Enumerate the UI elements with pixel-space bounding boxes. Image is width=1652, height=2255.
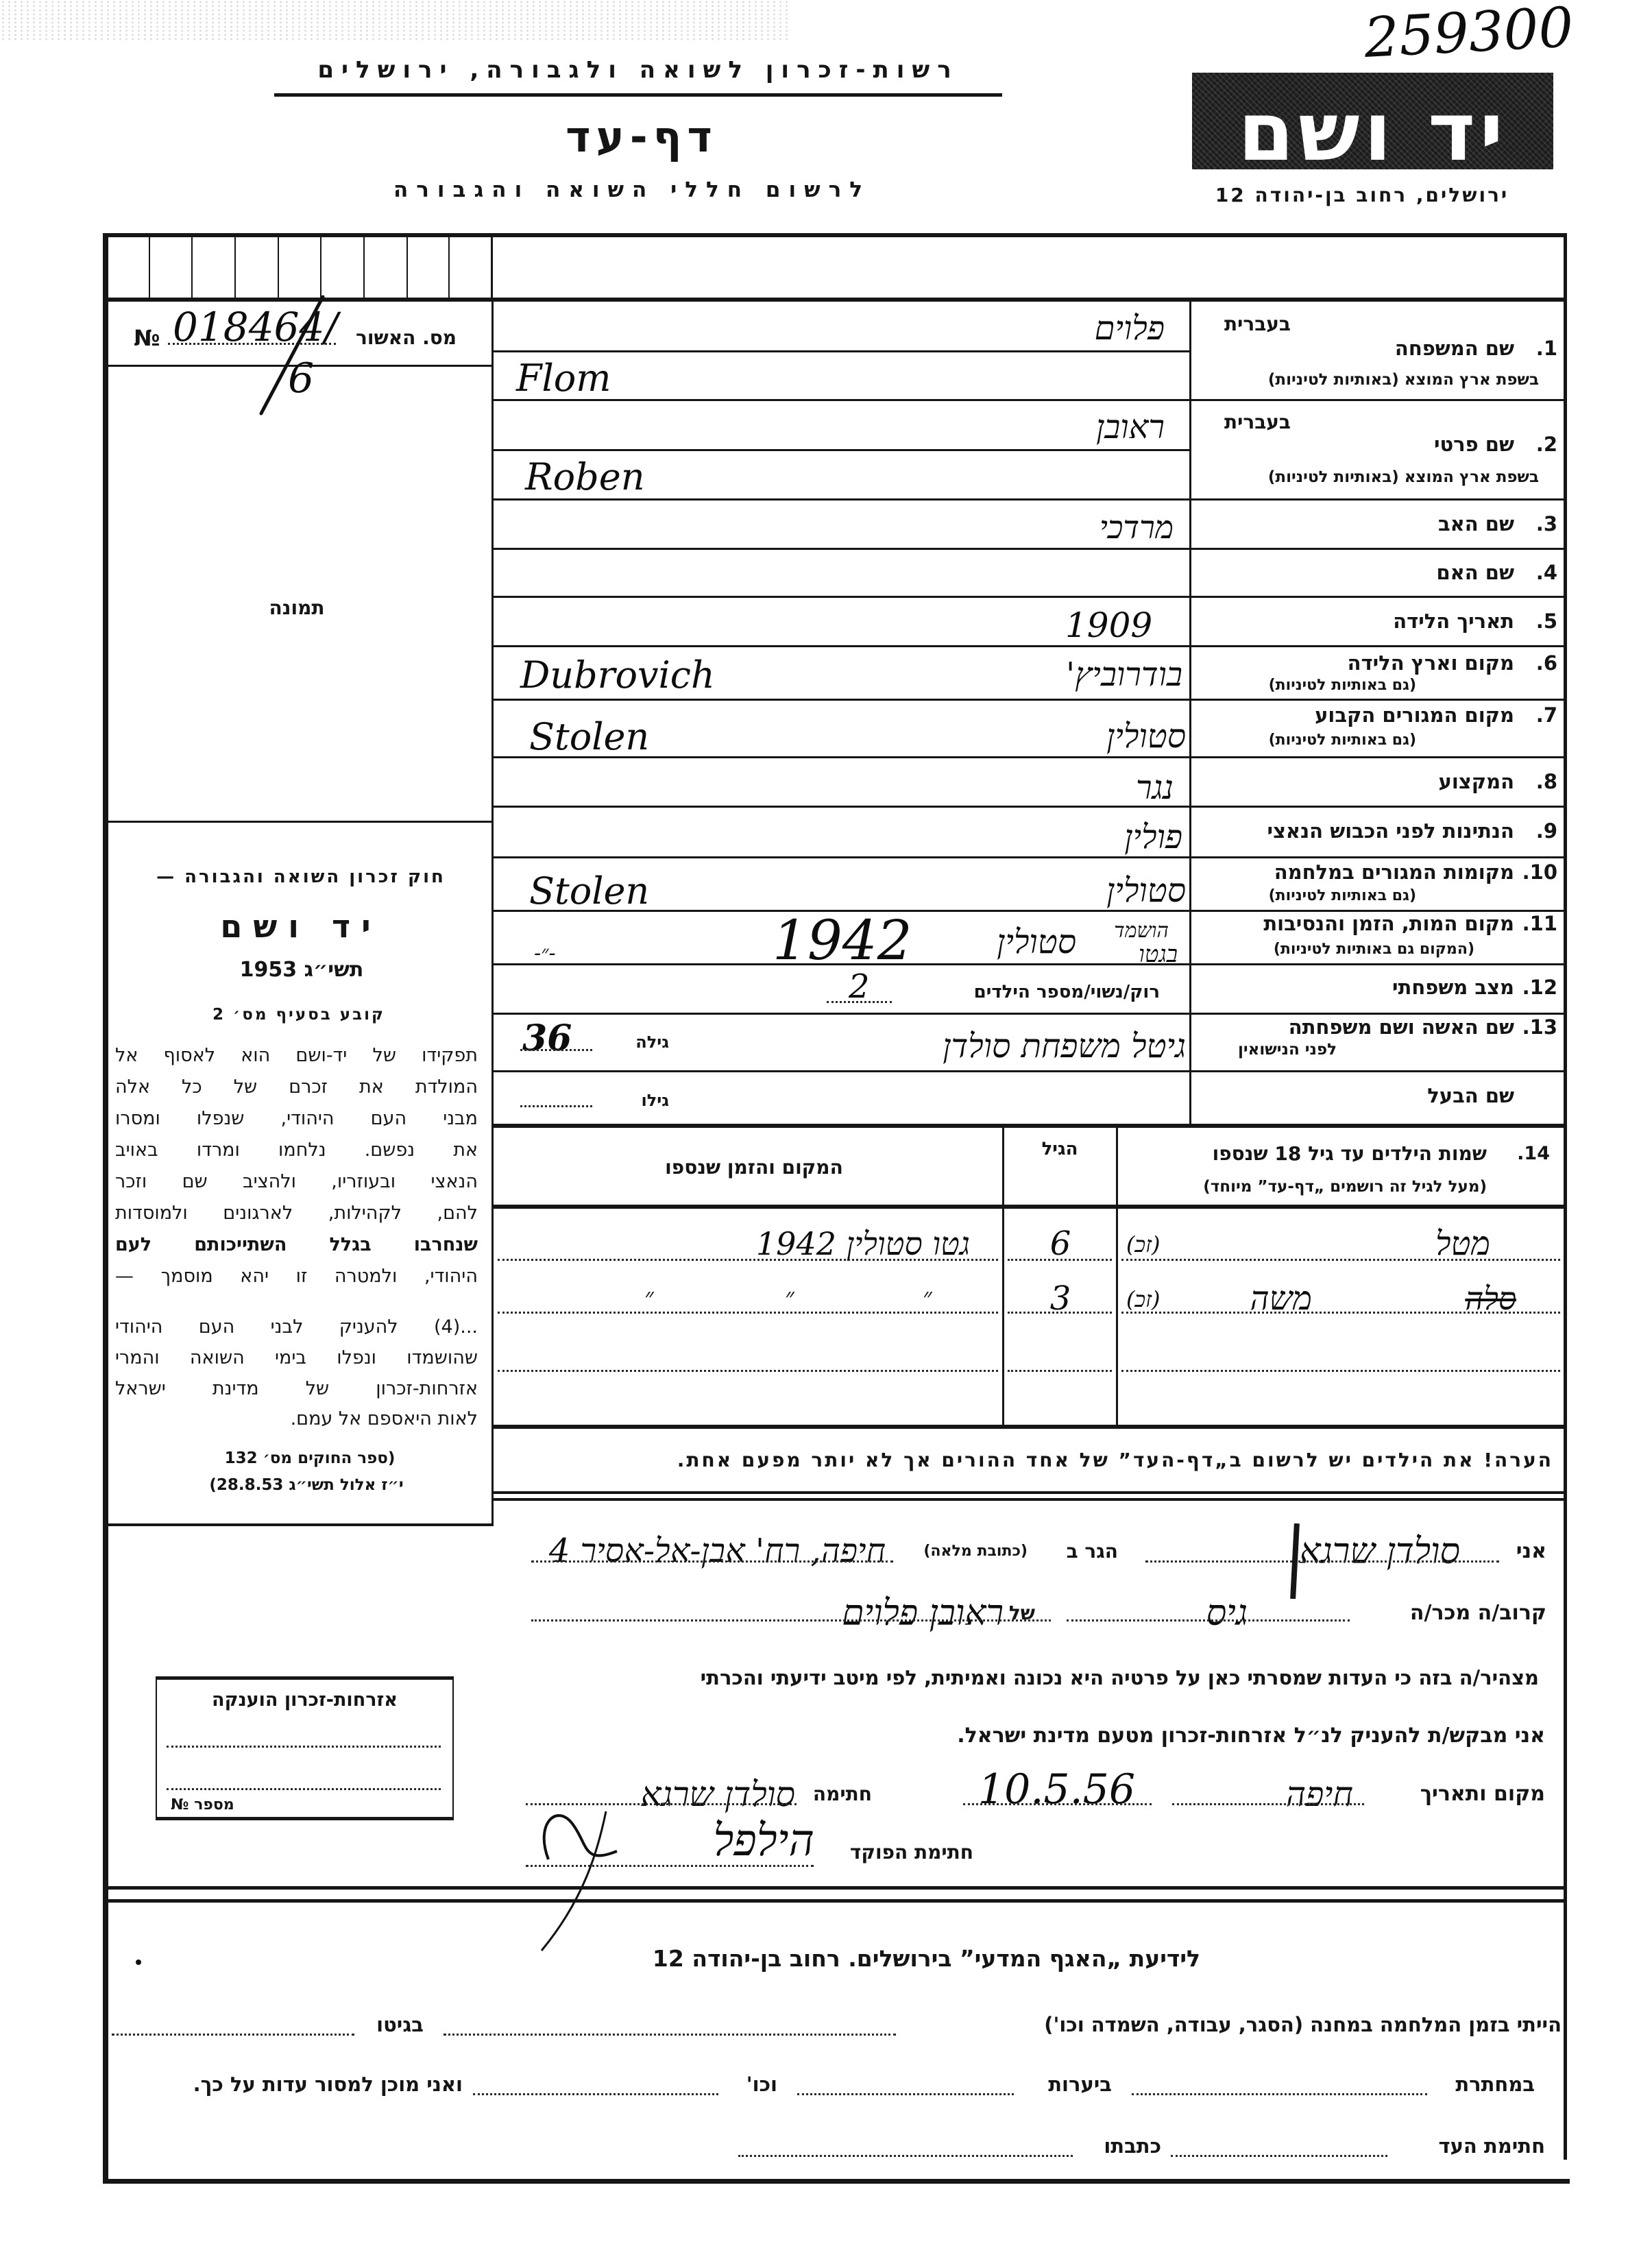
header-address: ירושלים, רחוב בן-יהודה 12: [1163, 184, 1561, 207]
field-2-number: 2.: [1536, 433, 1557, 457]
children-row-rule: [1121, 1370, 1560, 1372]
address-label: (כתובת מלאה): [923, 1543, 1028, 1560]
law-name: יד ושם: [191, 908, 411, 945]
etc-label: וכו': [746, 2073, 777, 2097]
law-text-line: המולדת את זכרם של כל אלה: [115, 1076, 478, 1098]
frame-left-border: [103, 233, 108, 2184]
underground-dotted: [1132, 2093, 1427, 2095]
first-name-latin-value: Roben: [525, 455, 644, 500]
declarant-name-dotted: [1145, 1560, 1499, 1563]
declaration-statement: מצהיר/ה בזה כי העדות שמסרתי כאן על פרטיה…: [701, 1666, 1539, 1690]
witness-signature-dotted: [1171, 2155, 1387, 2157]
officer-signature-tail: [542, 1811, 606, 1951]
birthplace-hebrew-value: בודרוביץ': [1066, 655, 1182, 695]
field-11-label: מקום המות, הזמן והנסיבות: [1263, 912, 1514, 936]
child-2-place-ditto: ״: [923, 1283, 932, 1312]
row-rule: [494, 596, 1565, 598]
death-place-prefix-value: בגטו: [1139, 941, 1178, 969]
field-2-label: שם פרטי: [1434, 433, 1514, 457]
grid-divider: [406, 237, 408, 299]
field-3-number: 3.: [1536, 512, 1557, 536]
witness-signature-label: חתימת העד: [1439, 2134, 1545, 2158]
residence-hebrew-value: סטולין: [1106, 717, 1186, 757]
grid-divider: [491, 237, 493, 299]
children-names-note: (מעל לגיל זה רושמים „דף-עד” מיוחד): [1203, 1178, 1487, 1197]
child-2-crossed-name: סלה: [1465, 1280, 1516, 1318]
row-rule: [494, 756, 1565, 758]
field-1-number: 1.: [1536, 337, 1557, 361]
law-clause: קובע בסעיף מס׳ 2: [196, 1006, 402, 1025]
section-rule-thick: [494, 1205, 1565, 1209]
death-place-value: סטולין: [997, 923, 1076, 963]
law-box-bottom-rule: [108, 1523, 494, 1526]
field-8-label: המקצוע: [1439, 770, 1514, 794]
field-2-hebrew-tag: בעברית: [1224, 411, 1291, 434]
child-1-gender: (זכ): [1126, 1231, 1161, 1257]
law-text-line: היהודי, ולמטרה זו יהא מוסמך —: [115, 1266, 478, 1288]
grid-divider: [191, 237, 193, 299]
children-age-header: הגיל: [1004, 1139, 1115, 1160]
field-6-number: 6.: [1536, 651, 1557, 675]
signature-label: חתימה: [813, 1783, 872, 1806]
residence-latin-value: Stolen: [529, 715, 649, 760]
org-title: רשות-זכרון לשואה ולגבורה, ירושלים: [254, 56, 1022, 84]
citizenship-box-dotted: [167, 1746, 441, 1748]
husband-age-dotted: [520, 1105, 592, 1107]
surname-hebrew-value: פלוים: [1095, 309, 1165, 349]
of-dotted: [531, 1619, 1051, 1621]
field-10-sublabel: (גם באותיות לטיניות): [1269, 887, 1416, 905]
surname-latin-value: Flom: [516, 357, 611, 401]
relation-label: קרוב/ה מכר/ה: [1410, 1601, 1546, 1626]
law-text-line: ...(4) להעניק לבני העם היהודי: [115, 1316, 478, 1338]
field-6-label: מקום וארץ הלידה: [1348, 651, 1514, 675]
approval-number-label: מס. האשור: [356, 326, 457, 350]
frame-top-rule: [103, 233, 1567, 237]
field-2-latin-note: בשפת ארץ המוצא (באותיות לטיניות): [1268, 468, 1539, 487]
address-dotted: [531, 1560, 893, 1563]
place-value: חיפה: [1286, 1774, 1353, 1815]
children-row-rule: [1008, 1370, 1112, 1372]
row-rule: [494, 399, 1565, 401]
child-2-name: משה: [1250, 1279, 1312, 1319]
birth-date-value: 1909: [1065, 605, 1152, 646]
approval-number-dotted: [168, 343, 336, 345]
wife-age-value: 36: [522, 1017, 572, 1060]
witness-address-dotted: [738, 2155, 1073, 2157]
officer-signature-dotted: [526, 1865, 814, 1867]
citizenship-box-number-label: מספר №: [171, 1796, 234, 1814]
citizenship-granted-box: אזרחות-זכרון הוענקה מספר №: [156, 1676, 454, 1820]
field-1-latin-note: בשפת ארץ המוצא (באותיות לטיניות): [1268, 371, 1539, 390]
field-11-sublabel: (המקום גם באותיות לטיניות): [1274, 941, 1474, 958]
row-rule: [494, 1013, 1565, 1015]
camp-text: הייתי בזמן המלחמה במחנה (הסגר, עבודה, הש…: [1044, 2013, 1562, 2037]
child-2-place-ditto: ״: [644, 1283, 654, 1312]
relation-value: גיס: [1206, 1592, 1248, 1635]
child-1-age: 6: [1006, 1225, 1115, 1264]
field-1-label: שם המשפחה: [1395, 337, 1514, 361]
husband-age-label: גילו: [641, 1091, 669, 1111]
date-value: 10.5.56: [978, 1765, 1135, 1814]
law-title: חוק זכרון השואה והגבורה —: [116, 867, 486, 888]
date-dotted: [963, 1803, 1152, 1805]
children-count-value: 2: [849, 967, 870, 1007]
nationality-value: פולין: [1124, 818, 1182, 858]
org-title-underline: [274, 93, 1002, 97]
field-3-label: שם האב: [1438, 512, 1514, 536]
field-9-number: 9.: [1536, 819, 1557, 843]
row-rule: [494, 699, 1565, 701]
law-text-line: את נפשם. נלחמו ומרדו באויב: [115, 1139, 478, 1161]
child-1-name: מטל: [1435, 1225, 1490, 1264]
child-2-age: 3: [1006, 1279, 1115, 1319]
form-subtitle: לרשום חללי השואה והגבורה: [317, 178, 947, 203]
wife-name-value: גיטל משפחת סולדן: [943, 1027, 1186, 1067]
double-rule: [494, 1491, 1565, 1494]
place-date-label: מקום ותאריך: [1420, 1782, 1545, 1807]
etc-dotted: [473, 2093, 718, 2095]
child-1-place: גטו סטולין 1942: [756, 1225, 970, 1263]
double-rule: [494, 1498, 1565, 1501]
row-rule: [494, 963, 1565, 965]
witness-address-label: כתבתו: [1104, 2134, 1161, 2158]
wife-age-label: גילה: [635, 1033, 669, 1052]
officer-signature-scribble: [544, 1816, 617, 1859]
children-field-number: 14.: [1517, 1143, 1550, 1165]
death-place-latin-ditto: -״-: [534, 941, 556, 966]
row-rule: [494, 856, 1565, 858]
children-row-rule: [1121, 1259, 1560, 1261]
field-6-sublabel: (גם באותיות לטיניות): [1269, 677, 1416, 695]
children-col-divider: [1002, 1128, 1004, 1426]
scan-noise: [0, 0, 788, 41]
archive-number: 259300: [1363, 0, 1575, 71]
number-symbol: №: [134, 325, 160, 351]
row-rule: [494, 645, 1565, 647]
field-9-label: הנתינות לפני הכבוש הנאצי: [1267, 819, 1514, 843]
grid-divider: [149, 237, 150, 299]
field-10-number: 10.: [1522, 860, 1557, 884]
footer-rule-thick: [108, 1899, 1565, 1903]
law-text-line: לאות היאספם אל עמם.: [291, 1408, 478, 1430]
section-rule-thick: [494, 1425, 1565, 1429]
law-text-line: שהושמדו ונפלו בימי השואה והמרי: [115, 1347, 478, 1369]
law-text-line: הנאצי ובעוזריו, ולהציב שם וזכר: [115, 1171, 478, 1193]
field-12-number: 12.: [1522, 976, 1557, 1000]
grid-divider: [363, 237, 365, 299]
citizenship-box-dotted: [167, 1788, 441, 1790]
citizenship-box-title: אזרחות-זכרון הוענקה: [157, 1689, 452, 1711]
row-rule: [494, 548, 1565, 550]
forests-dotted: [797, 2093, 1014, 2095]
grid-divider: [278, 237, 279, 299]
label-column-divider: [1189, 302, 1191, 1126]
footer-rule-thick: [108, 1886, 1565, 1890]
underground-label: במחתרת: [1455, 2073, 1535, 2097]
law-text-line: תפקידו של יד-ושם הוא לאסוף אל: [115, 1045, 478, 1067]
children-place-header: המקום והזמן שנספו: [507, 1156, 1001, 1179]
logo-text: יד ושם: [1192, 91, 1553, 169]
field-7-number: 7.: [1536, 703, 1557, 727]
field-5-label: תאריך הלידה: [1393, 610, 1514, 634]
field-4-number: 4.: [1536, 561, 1557, 585]
left-column-divider: [491, 302, 494, 1526]
of-value: ראובן פלוים: [842, 1592, 1004, 1635]
wartime-residence-hebrew-value: סטולין: [1106, 871, 1186, 911]
first-name-hebrew-value: ראובן: [1096, 408, 1165, 448]
address-value: חיפה, רח' אבן-אל-אסיר 4: [549, 1532, 886, 1571]
signature-value: סולדן שרגא: [640, 1774, 795, 1815]
photo-label: תמונה: [242, 596, 352, 620]
grid-divider: [320, 237, 321, 299]
law-year: תשי״ג 1953: [206, 958, 398, 982]
children-note: הערה! את הילדים יש לרשום ב„דף-העד” של אח…: [677, 1449, 1553, 1472]
birthplace-latin-value: Dubrovich: [520, 653, 715, 698]
declarant-name-value: סולדן שרגא: [1299, 1530, 1460, 1573]
death-year-value: 1942: [773, 908, 912, 974]
grid-divider: [448, 237, 450, 299]
father-name-value: מרדכי: [1100, 509, 1174, 546]
law-source: (ספר החוקים מס׳ 132: [186, 1449, 433, 1469]
field-7-label: מקום המגורים הקבוע: [1315, 703, 1514, 727]
law-date: י״ז אלול תשי״ג 28.8.53): [180, 1476, 433, 1495]
grid-bottom-rule: [103, 298, 1567, 302]
declarant-i-label: אני: [1516, 1539, 1546, 1564]
row-rule: [494, 1070, 1565, 1072]
scientific-dept-line: לידיעת „האגף המדעי” בירושלים. רחוב בן-יה…: [653, 1945, 1200, 1973]
form-title: דף-עד: [505, 112, 779, 162]
camp-dotted: [444, 2034, 896, 2036]
row-rule: [494, 498, 1565, 501]
willing-text: ואני מוכן למסור עדות על כך.: [193, 2073, 463, 2097]
photo-bottom-rule: [108, 821, 492, 823]
grid-divider: [234, 237, 236, 299]
citizenship-request: אני מבקש/ת להעניק לנ״ל אזרחות-זכרון מטעם…: [957, 1724, 1545, 1748]
children-col-divider: [1116, 1128, 1118, 1426]
death-circumstance-value: הושמד: [1114, 919, 1169, 943]
relation-dotted: [1067, 1619, 1350, 1621]
frame-right-border: [1564, 233, 1567, 2160]
child-2-place-ditto: ״: [785, 1283, 794, 1312]
law-text-line: אזרחות-זכרון של מדינת ישראל: [115, 1378, 478, 1400]
field-11-number: 11.: [1522, 912, 1557, 936]
law-text-line: להם, לקהילות, לארגונים ולמוסדות: [115, 1203, 478, 1225]
signature-dotted: [526, 1803, 797, 1805]
officer-signature-value: הילפל: [713, 1815, 814, 1868]
ghetto-dotted: [112, 2034, 354, 2036]
forests-label: ביערות: [1048, 2073, 1112, 2097]
field-8-number: 8.: [1536, 770, 1557, 794]
field-13-number: 13.: [1522, 1015, 1557, 1039]
family-status-options: רוק/נשוי/מספר הילדים: [974, 982, 1160, 1003]
officer-signature-label: חתימת הפוקד: [850, 1841, 973, 1864]
wife-age-dotted: [520, 1049, 592, 1051]
stray-ink-dot: [136, 1959, 141, 1965]
profession-value: נגר: [1136, 769, 1174, 808]
field-13-sublabel: לפני הנישואין: [1238, 1041, 1337, 1060]
law-text-line-bold: שנחרבו בגלל השתייכותם לעם: [115, 1234, 478, 1256]
children-names-header: שמות הילדים עד גיל 18 שנספו: [1213, 1142, 1487, 1166]
row-rule: [494, 806, 1565, 808]
field-7-sublabel: (גם באותיות לטיניות): [1269, 732, 1416, 749]
field-12-label: מצב משפחתי: [1392, 976, 1514, 1000]
approval-number-suffix: 6: [288, 354, 314, 403]
law-text-line: מבני העם היהודי, שנפלו ומסרו: [115, 1108, 478, 1130]
wartime-residence-latin-value: Stolen: [529, 869, 649, 914]
row-rule: [494, 350, 1189, 352]
resides-label: הגר ב: [1067, 1540, 1118, 1563]
yad-vashem-logo: יד ושם: [1192, 73, 1553, 169]
row-rule: [494, 449, 1189, 451]
husband-name-label: שם הבעל: [1427, 1084, 1514, 1108]
field-4-label: שם האם: [1436, 561, 1514, 585]
field-1-hebrew-tag: בעברית: [1224, 313, 1291, 336]
field-13-label: שם האשה ושם משפחתה: [1289, 1015, 1514, 1039]
ghetto-label: בגיטו: [376, 2013, 424, 2037]
section-rule-thick: [494, 1124, 1565, 1128]
children-row-rule: [498, 1370, 998, 1372]
place-dotted: [1172, 1803, 1364, 1805]
frame-bottom-rule: [103, 2179, 1570, 2184]
field-10-label: מקומות המגורים במלחמה: [1274, 860, 1514, 884]
field-5-number: 5.: [1536, 610, 1557, 634]
child-2-gender: (זכ): [1126, 1286, 1161, 1312]
